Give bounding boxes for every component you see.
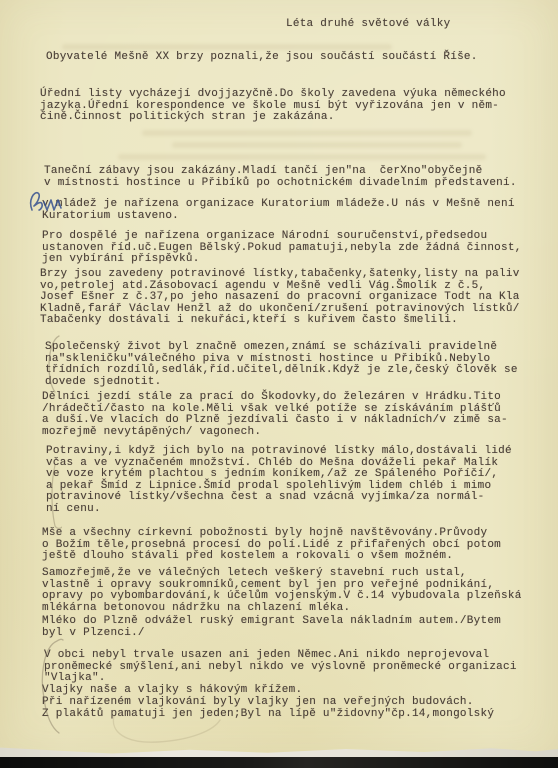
paragraph-vlajky: Vlajky naše a vlajky s hákovým křížem.: [42, 685, 302, 697]
showthrough-line: [62, 44, 392, 50]
showthrough-line: [118, 154, 486, 160]
scanner-background: [0, 757, 558, 768]
paragraph-uredni-listy: Úřední listy vycházejí dvojjazyčně.Do šk…: [40, 89, 506, 124]
showthrough-line: [172, 142, 462, 148]
paragraph-nemec: V obci nebyl trvale usazen ani jeden Něm…: [44, 650, 517, 685]
paragraph-obyvatele: Obyvatelé Mešně XX brzy poznali,že jsou …: [46, 52, 478, 64]
paragraph-vlajkovani: Při nařízeném vlajkování byly vlajky jen…: [42, 697, 494, 720]
paragraph-stavebni: Samozřejmě,že ve válečných letech vešker…: [42, 568, 522, 614]
paragraph-potraviny: Potraviny,i když jich bylo na potravinov…: [46, 446, 512, 515]
paragraph-mleko: Mléko do Plzně odvážel ruský emigrant Sa…: [42, 616, 501, 639]
paragraph-spolecensky: Společenský život byl značně omezen,znám…: [45, 342, 518, 388]
showthrough-line: [142, 130, 472, 136]
paragraph-tanecni: Taneční zábavy jsou zakázány.Mladí tančí…: [44, 166, 517, 189]
scanned-document: Léta druhé světové války Obyvatelé Mešně…: [0, 0, 558, 768]
paper-sheet: Léta druhé světové války Obyvatelé Mešně…: [0, 0, 558, 755]
paragraph-listky: Brzy jsou zavedeny potravinové lístky,ta…: [40, 269, 520, 327]
paragraph-delnici: Dělníci jezdí stále za prací do Škodovky…: [42, 392, 508, 438]
paragraph-dospele: Pro dospělé je nařízena organizace Národ…: [42, 231, 522, 266]
paragraph-mladez: v mládež je nařízena organizace Kuratori…: [42, 199, 515, 222]
document-title: Léta druhé světové války: [286, 19, 450, 31]
paragraph-mse: Mše a všechny církevní pobožnosti byly h…: [42, 528, 501, 563]
